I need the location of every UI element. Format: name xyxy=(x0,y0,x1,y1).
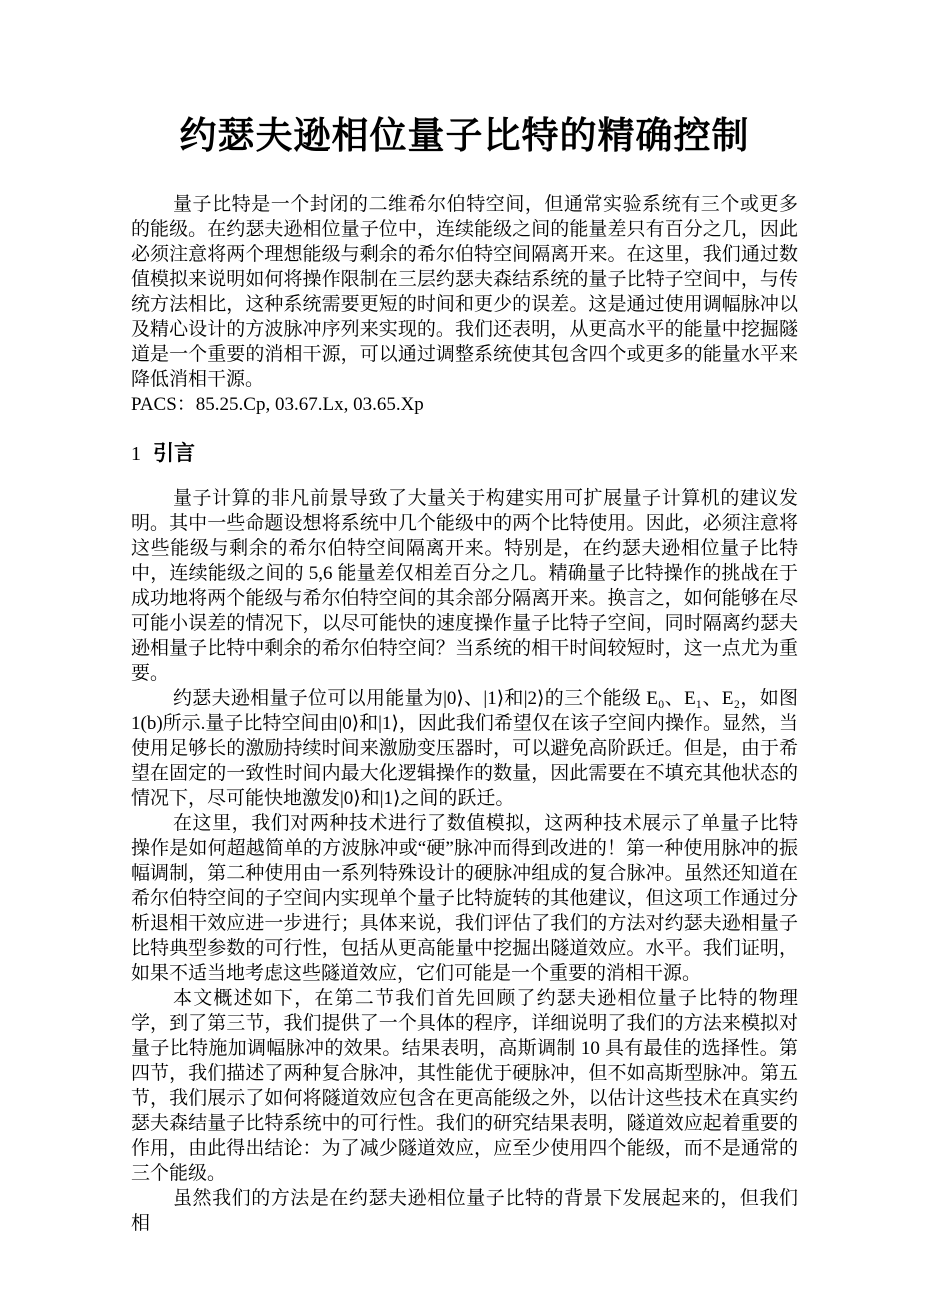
page-content: 约瑟夫逊相位量子比特的精确控制 量子比特是一个封闭的二维希尔伯特空间，但通常实验… xyxy=(131,0,798,1236)
body-paragraph: 在这里，我们对两种技术进行了数值模拟，这两种技术展示了单量子比特操作是如何超越简… xyxy=(131,811,798,986)
body-paragraph: 量子计算的非凡前景导致了大量关于构建实用可扩展量子计算机的建议发明。其中一些命题… xyxy=(131,486,798,686)
paper-title: 约瑟夫逊相位量子比特的精确控制 xyxy=(131,112,798,160)
section-heading-label: 引言 xyxy=(153,442,195,465)
abstract-block: 量子比特是一个封闭的二维希尔伯特空间，但通常实验系统有三个或更多的能级。在约瑟夫… xyxy=(131,192,798,417)
pacs-line: PACS：85.25.Cp, 03.67.Lx, 03.65.Xp xyxy=(131,392,798,417)
body-paragraph: 约瑟夫逊相量子位可以用能量为|0⟩、|1⟩和|2⟩的三个能级 E₀、E₁、E₂，… xyxy=(131,686,798,811)
section-heading-introduction: 1引言 xyxy=(131,441,798,467)
abstract-paragraph: 量子比特是一个封闭的二维希尔伯特空间，但通常实验系统有三个或更多的能级。在约瑟夫… xyxy=(131,192,798,392)
section-number: 1 xyxy=(131,443,141,465)
body-paragraph: 本文概述如下，在第二节我们首先回顾了约瑟夫逊相位量子比特的物理学，到了第三节，我… xyxy=(131,986,798,1186)
body-paragraph: 虽然我们的方法是在约瑟夫逊相位量子比特的背景下发展起来的，但我们相 xyxy=(131,1186,798,1236)
section-body-introduction: 量子计算的非凡前景导致了大量关于构建实用可扩展量子计算机的建议发明。其中一些命题… xyxy=(131,486,798,1236)
document-page: 约瑟夫逊相位量子比特的精确控制 量子比特是一个封闭的二维希尔伯特空间，但通常实验… xyxy=(0,0,926,1309)
